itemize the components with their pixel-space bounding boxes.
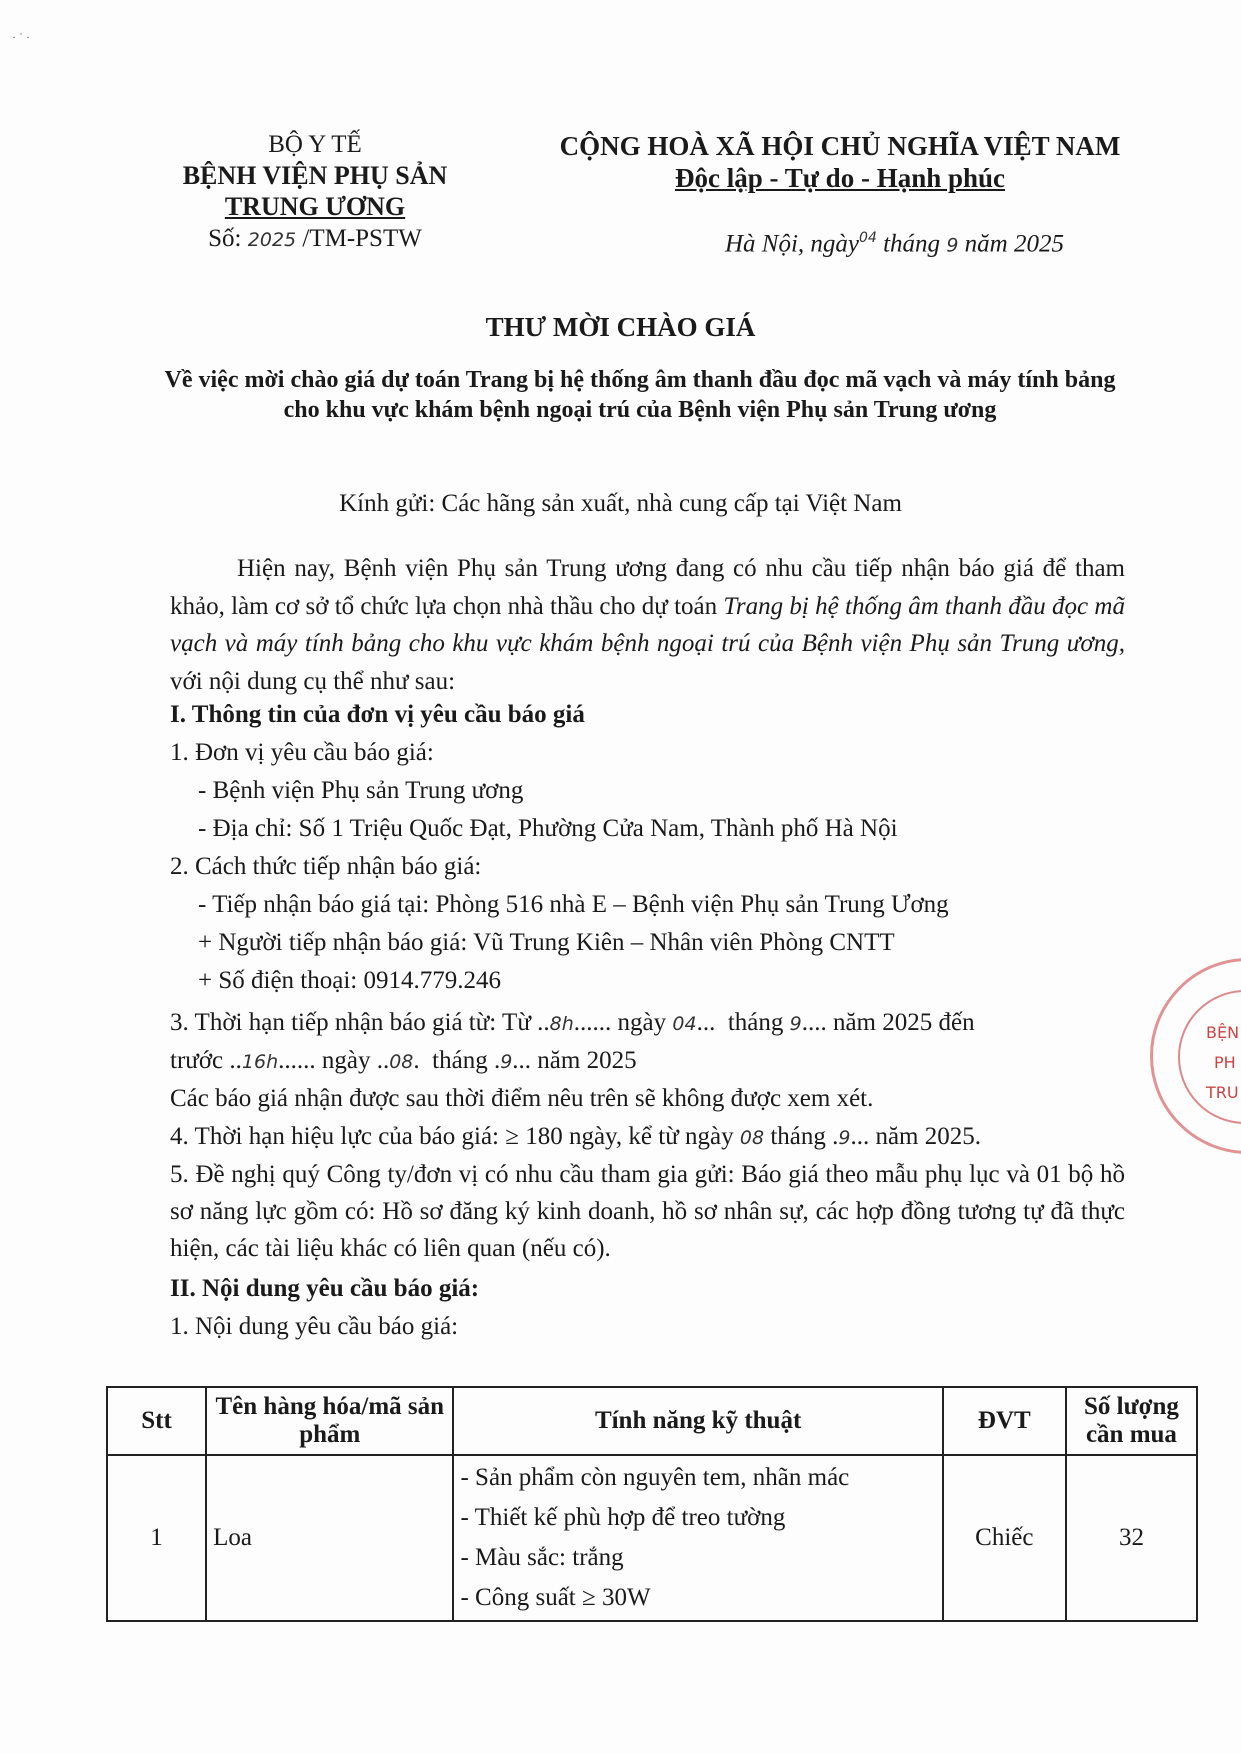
spec-item: - Sản phẩm còn nguyên tem, nhãn mác [460,1458,935,1498]
col-tech-specs: Tính năng kỹ thuật [453,1387,942,1455]
cell-quantity: 32 [1066,1455,1197,1621]
issuer-block: BỘ Y TẾ BỆNH VIỆN PHỤ SẢN TRUNG ƯƠNG Số:… [150,130,480,257]
receiving-place: - Tiếp nhận báo giá tại: Phòng 516 nhà E… [198,886,949,923]
contact-phone: + Số điện thoại: 0914.779.246 [198,962,501,999]
handwritten-to-month: 9 [500,1051,512,1073]
handwritten-from-month: 9 [790,1013,802,1035]
handwritten-day: 04 [859,230,877,246]
document-number: Số: 2025 /TM-PSTW [150,222,480,257]
greeting: Kính gửi: Các hãng sản xuất, nhà cung cấ… [0,490,1241,518]
col-quantity: Số lượng cần mua [1066,1387,1197,1455]
section2-item1: 1. Nội dung yêu cầu báo giá: [170,1308,458,1345]
section1-item2: 2. Cách thức tiếp nhận báo giá: [170,848,481,885]
receiving-period-end: trước ..16h...... ngày ..08. tháng .9...… [170,1042,637,1081]
table-header-row: Stt Tên hàng hóa/mã sản phẩm Tính năng k… [107,1387,1197,1455]
cell-stt: 1 [107,1455,206,1621]
nation-name: CỘNG HOÀ XÃ HỘI CHỦ NGHĨA VIỆT NAM [540,130,1140,162]
quotation-table: Stt Tên hàng hóa/mã sản phẩm Tính năng k… [106,1386,1198,1622]
requester-address: - Địa chỉ: Số 1 Triệu Quốc Đạt, Phường C… [198,810,898,847]
cell-tech-specs: - Sản phẩm còn nguyên tem, nhãn mác - Th… [453,1455,942,1621]
handwritten-validity-month: 9 [838,1127,850,1149]
handwritten-number: 2025 [248,229,296,251]
stamp-text-line2: PH [1214,1048,1236,1078]
issue-date: Hà Nội, ngày04 tháng 9 năm 2025 [725,230,1064,258]
stamp-text-line3: TRU [1206,1078,1239,1108]
document-title: THƯ MỜI CHÀO GIÁ [0,312,1241,343]
handwritten-to-day: 08 [389,1051,413,1073]
spec-item: - Màu sắc: trắng [460,1538,935,1578]
handwritten-month: 9 [946,234,958,256]
spec-item: - Thiết kế phù hợp để treo tường [460,1498,935,1538]
org-name-line2: TRUNG ƯƠNG [150,191,480,222]
national-header: CỘNG HOÀ XÃ HỘI CHỦ NGHĨA VIỆT NAM Độc l… [540,130,1140,194]
scan-specks: · ˙ · [12,30,30,45]
ministry-name: BỘ Y TẾ [150,130,480,160]
section1-heading: I. Thông tin của đơn vị yêu cầu báo giá [170,696,585,733]
col-product-name: Tên hàng hóa/mã sản phẩm [206,1387,453,1455]
col-unit: ĐVT [943,1387,1066,1455]
handwritten-to-hour: 16h [242,1051,278,1073]
receiving-period-start: 3. Thời hạn tiếp nhận báo giá từ: Từ ..8… [170,1004,975,1043]
requester-org: - Bệnh viện Phụ sản Trung ương [198,772,523,809]
table-row: 1 Loa - Sản phẩm còn nguyên tem, nhãn má… [107,1455,1197,1621]
national-motto: Độc lập - Tự do - Hạnh phúc [540,162,1140,194]
section1-item1: 1. Đơn vị yêu cầu báo giá: [170,734,434,771]
section2-heading: II. Nội dung yêu cầu báo giá: [170,1270,479,1307]
cell-unit: Chiếc [943,1455,1066,1621]
validity-period: 4. Thời hạn hiệu lực của báo giá: ≥ 180 … [170,1118,981,1157]
handwritten-validity-day: 08 [740,1127,764,1149]
stamp-text-line1: BỆN [1206,1018,1239,1048]
receiving-person: + Người tiếp nhận báo giá: Vũ Trung Kiên… [198,924,895,961]
col-stt: Stt [107,1387,206,1455]
handwritten-from-day: 04 [672,1013,696,1035]
document-subject: Về việc mời chào giá dự toán Trang bị hệ… [150,365,1130,425]
late-quote-note: Các báo giá nhận được sau thời điểm nêu … [170,1080,873,1117]
spec-item: - Công suất ≥ 30W [460,1578,935,1618]
intro-paragraph: Hiện nay, Bệnh viện Phụ sản Trung ương đ… [170,550,1125,700]
handwritten-from-hour: 8h [550,1013,574,1035]
cell-product-name: Loa [206,1455,453,1621]
org-name-line1: BỆNH VIỆN PHỤ SẢN [150,160,480,191]
submission-requirements: 5. Đề nghị quý Công ty/đơn vị có nhu cầu… [170,1156,1125,1267]
